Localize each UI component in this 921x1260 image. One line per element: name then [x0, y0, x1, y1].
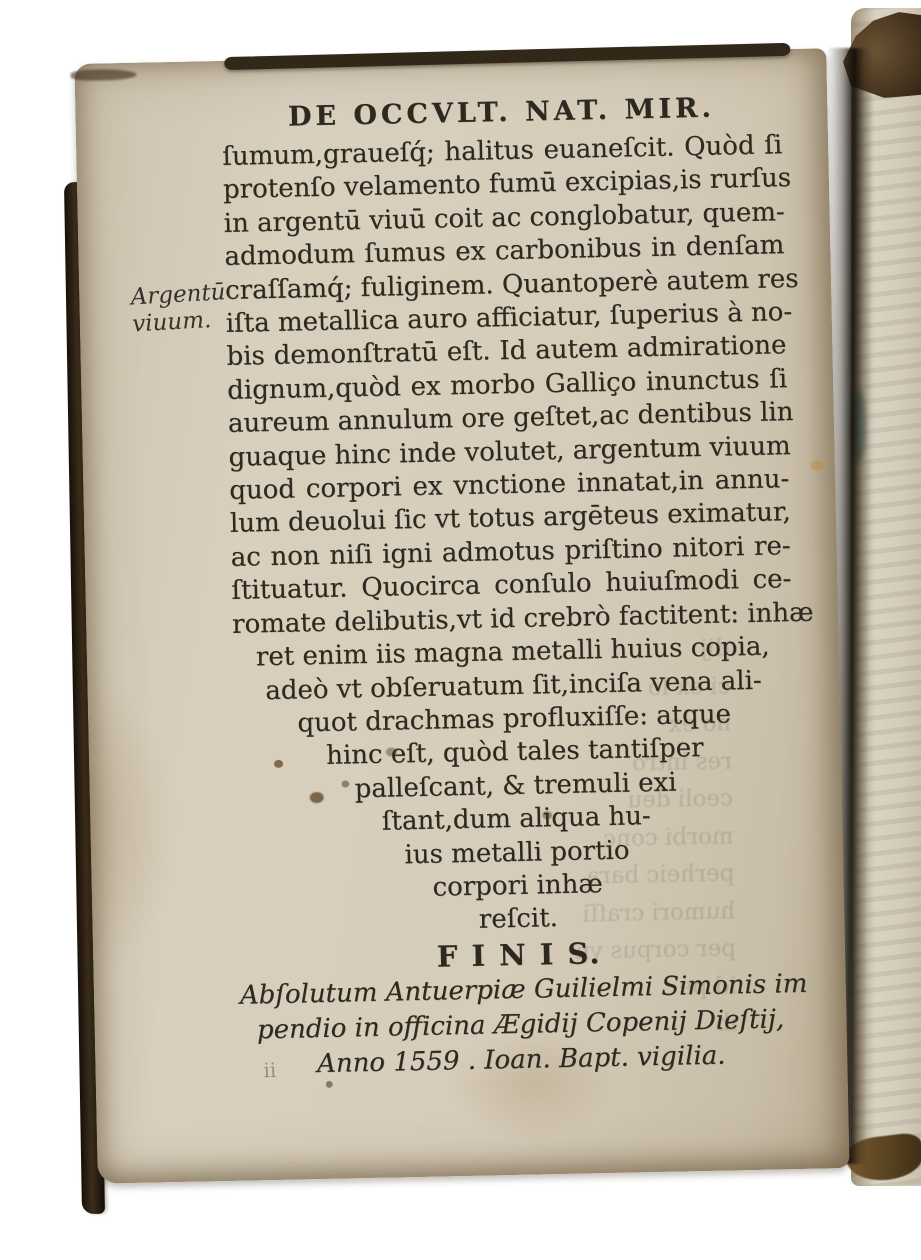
- marginal-note: Argentū viuum.: [130, 279, 228, 338]
- page-torn-top-edge: [224, 43, 790, 70]
- page-torn-corner: [70, 69, 136, 81]
- page-text: DE OCCVLT. NAT. MIR. ſumum,graueſq́; hal…: [221, 91, 801, 1083]
- stain: [326, 1081, 333, 1088]
- running-title: DE OCCVLT. NAT. MIR.: [221, 91, 782, 134]
- marginal-note-line: viuum.: [132, 306, 228, 338]
- photo-background: dij ci ex lo no ex res intro ceoli deu m…: [0, 0, 921, 1260]
- stain: [811, 460, 824, 470]
- marginal-note-line: Argentū: [130, 279, 226, 311]
- book-page: dij ci ex lo no ex res intro ceoli deu m…: [74, 48, 849, 1184]
- signature-mark: ii: [263, 1058, 276, 1082]
